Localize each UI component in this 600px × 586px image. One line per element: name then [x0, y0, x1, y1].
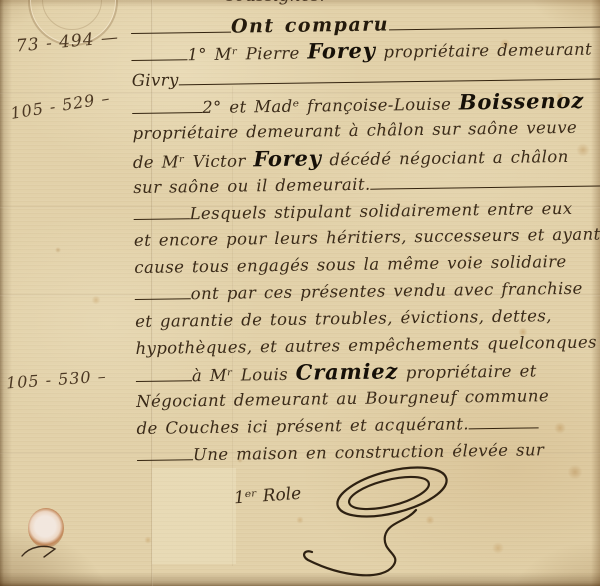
heading-ont-comparu: Ont comparu	[231, 13, 389, 37]
surname-text: Forey	[307, 37, 376, 63]
body-lines: 1° Mʳ Pierre Forey propriétaire demeuran…	[131, 34, 600, 469]
ruled-line	[131, 43, 187, 61]
ruled-line	[132, 96, 202, 114]
clipped-line-fragment: soussignés.	[226, 0, 325, 6]
text-run: 1° Mʳ Pierre	[187, 43, 307, 64]
text-run: et garantie de tous troubles, évictions,…	[135, 306, 552, 331]
surname-text: Forey	[253, 145, 322, 171]
text-run: Givry	[132, 70, 179, 90]
text-run: propriétaire demeurant à châlon sur saôn…	[132, 118, 577, 143]
manuscript-page: soussignés. 73 - 494 — 105 - 529 – 105 -…	[0, 0, 600, 586]
deed-text-block: Ont comparu 1° Mʳ Pierre Forey propriéta…	[131, 8, 600, 470]
text-run: décédé négociant a châlon	[322, 147, 569, 169]
notary-paraph-flourish	[292, 460, 488, 584]
text-run: et encore pour leurs héritiers, successe…	[134, 225, 600, 251]
ruled-line	[131, 13, 231, 34]
text-run: de Mʳ Victor	[133, 151, 254, 172]
text-run: propriétaire demeurant à	[376, 39, 600, 61]
text-run: de Couches ici présent et acquérant.	[136, 414, 469, 438]
text-run: hypothèques, et autres empêchements quel…	[135, 332, 597, 357]
text-run: propriétaire et	[398, 362, 537, 383]
text-run: ont par ces présentes vendu avec franchi…	[191, 279, 583, 303]
text-run: à Mʳ Louis	[192, 365, 296, 385]
pen-mark-icon	[20, 542, 62, 560]
lighter-paper-patch	[152, 468, 236, 564]
ruled-line	[137, 442, 193, 460]
ruled-line	[136, 364, 192, 382]
surname-text: Boissenoz	[459, 88, 584, 115]
margin-note: 105 - 530 –	[5, 367, 107, 393]
surname-text: Cramiez	[296, 359, 399, 385]
text-run: Lesquels stipulant solidairement entre e…	[189, 198, 572, 222]
ruled-line	[135, 282, 191, 300]
text-run: sur saône ou il demeurait.	[133, 174, 371, 196]
ruled-line	[133, 201, 189, 219]
blind-stamp-inner-ring	[42, 0, 102, 30]
ruled-line	[469, 411, 539, 429]
text-run: Négociant demeurant au Bourgneuf commune	[136, 386, 549, 411]
margin-note: 73 - 494 —	[15, 28, 119, 57]
ruled-line	[389, 0, 600, 30]
margin-note: 105 - 529 –	[9, 88, 111, 123]
text-run: 2° et Madᵉ françoise-Louise	[202, 95, 459, 118]
text-run: cause tous engagés sous la même voie sol…	[134, 252, 567, 277]
